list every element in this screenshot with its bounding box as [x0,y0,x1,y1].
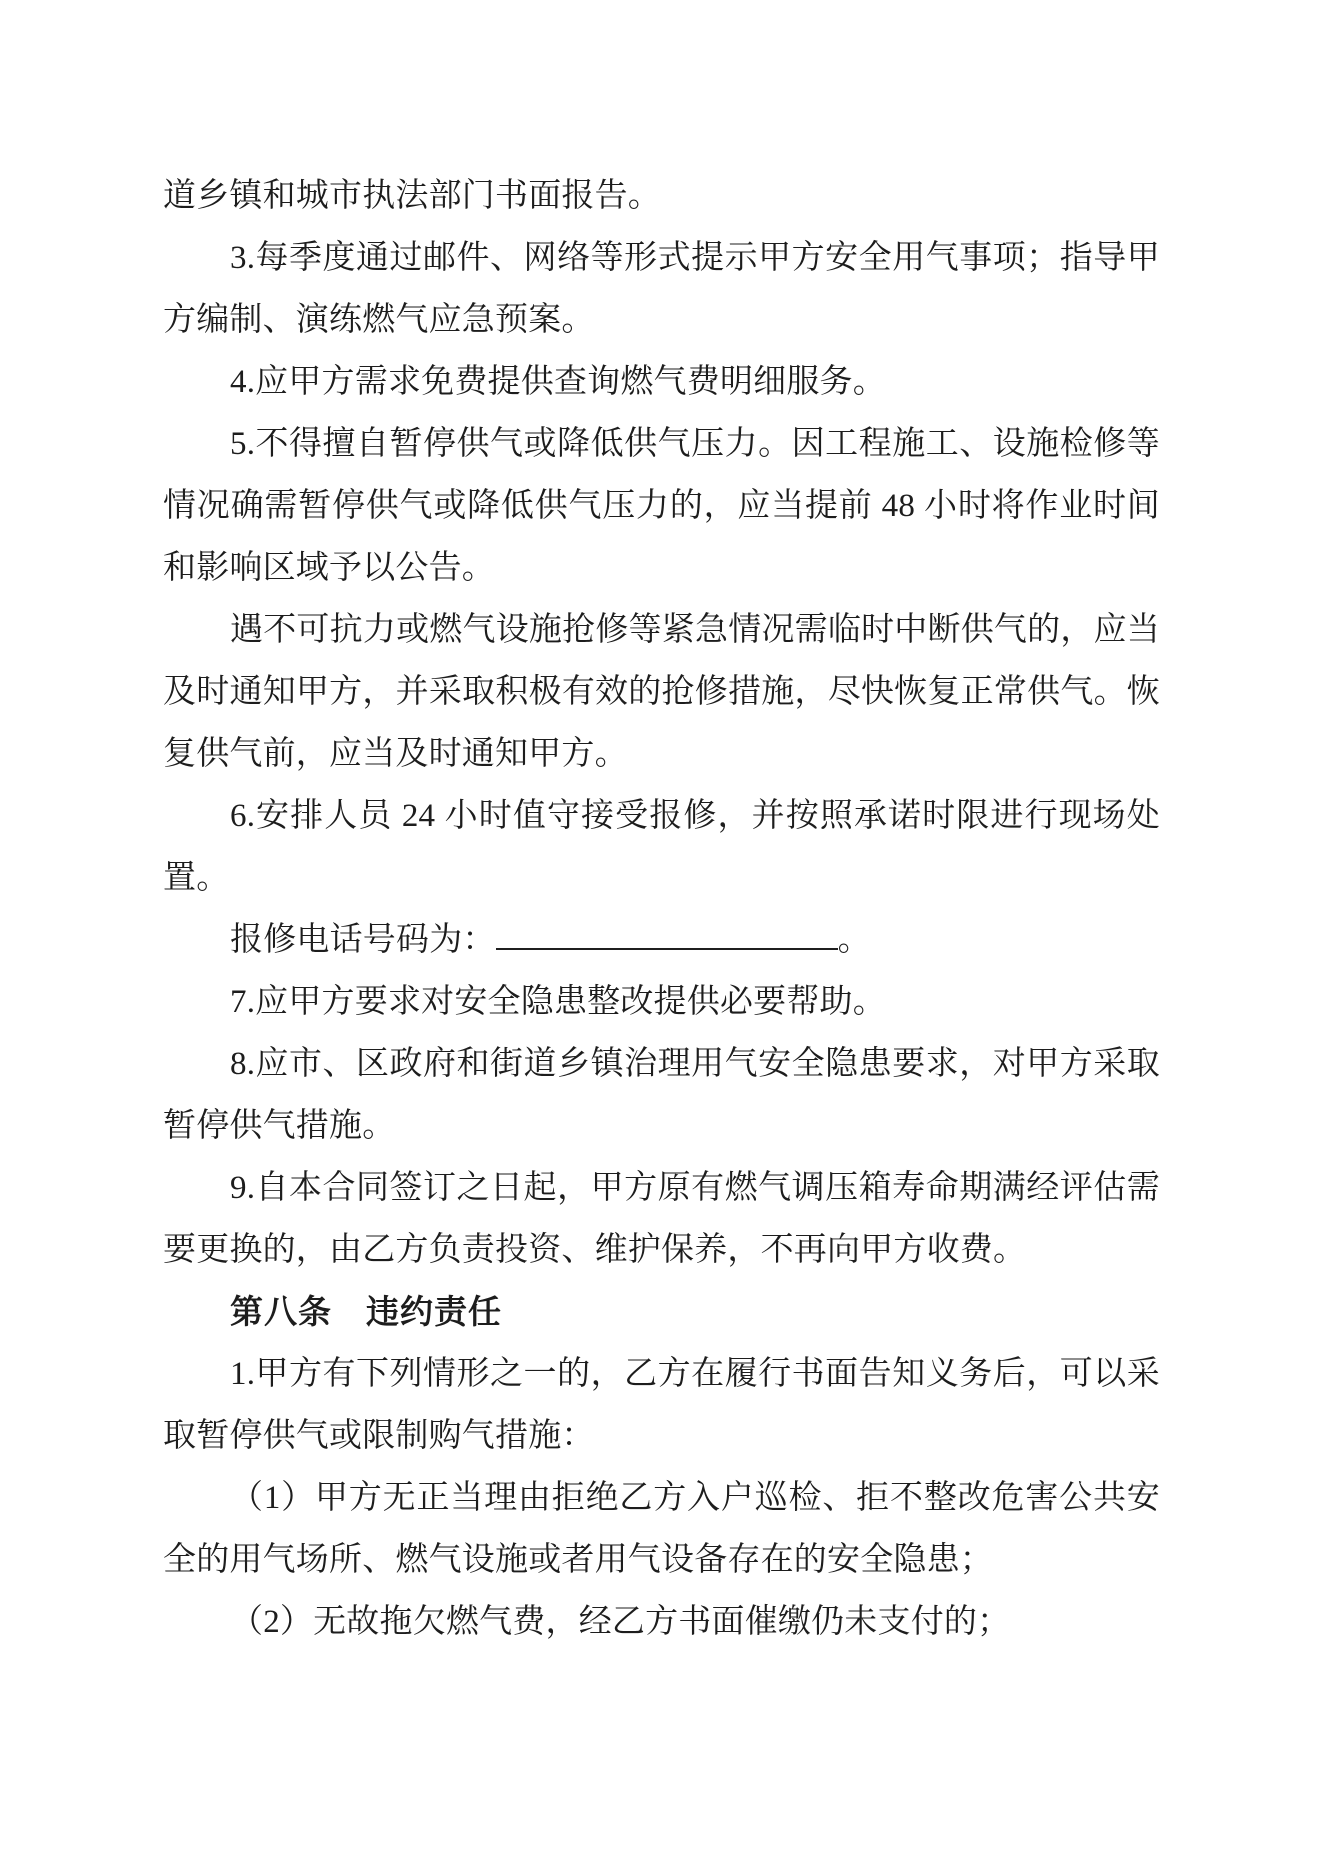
text-line: （2）无故拖欠燃气费，经乙方书面催缴仍未支付的； [163,1591,1160,1653]
phone-line-period: 。 [838,922,871,958]
text-line: 1.甲方有下列情形之一的，乙方在履行书面告知义务后，可以采 [163,1343,1160,1405]
text-line: 全的用气场所、燃气设施或者用气设备存在的安全隐患； [163,1529,1160,1591]
text-line: 方编制、演练燃气应急预案。 [163,289,1160,351]
text-line: 遇不可抗力或燃气设施抢修等紧急情况需临时中断供气的，应当 [163,599,1160,661]
text-line: 8.应市、区政府和街道乡镇治理用气安全隐患要求，对甲方采取 [163,1033,1160,1095]
text-line: （1）甲方无正当理由拒绝乙方入户巡检、拒不整改危害公共安 [163,1467,1160,1529]
document-page: 道乡镇和城市执法部门书面报告。3.每季度通过邮件、网络等形式提示甲方安全用气事项… [0,0,1322,1870]
text-line: 及时通知甲方，并采取积极有效的抢修措施，尽快恢复正常供气。恢 [163,661,1160,723]
text-line: 和影响区域予以公告。 [163,537,1160,599]
text-line: 置。 [163,847,1160,909]
text-line: 6.安排人员 24 小时值守接受报修，并按照承诺时限进行现场处 [163,785,1160,847]
text-line: 暂停供气措施。 [163,1095,1160,1157]
phone-label: 报修电话号码为： [230,922,496,958]
text-line: 取暂停供气或限制购气措施： [163,1405,1160,1467]
section-heading: 第八条 违约责任 [163,1281,1160,1343]
text-line: 要更换的，由乙方负责投资、维护保养，不再向甲方收费。 [163,1219,1160,1281]
text-line: 复供气前，应当及时通知甲方。 [163,723,1160,785]
text-line: 9.自本合同签订之日起，甲方原有燃气调压箱寿命期满经评估需 [163,1157,1160,1219]
document-content: 道乡镇和城市执法部门书面报告。3.每季度通过邮件、网络等形式提示甲方安全用气事项… [163,165,1160,1653]
text-line: 3.每季度通过邮件、网络等形式提示甲方安全用气事项；指导甲 [163,227,1160,289]
text-line: 4.应甲方需求免费提供查询燃气费明细服务。 [163,351,1160,413]
text-line: 情况确需暂停供气或降低供气压力的，应当提前 48 小时将作业时间 [163,475,1160,537]
phone-fill-in-line: 报修电话号码为：。 [163,909,1160,971]
phone-number-blank [496,910,838,950]
text-line: 5.不得擅自暂停供气或降低供气压力。因工程施工、设施检修等 [163,413,1160,475]
text-line: 7.应甲方要求对安全隐患整改提供必要帮助。 [163,971,1160,1033]
text-line: 道乡镇和城市执法部门书面报告。 [163,165,1160,227]
